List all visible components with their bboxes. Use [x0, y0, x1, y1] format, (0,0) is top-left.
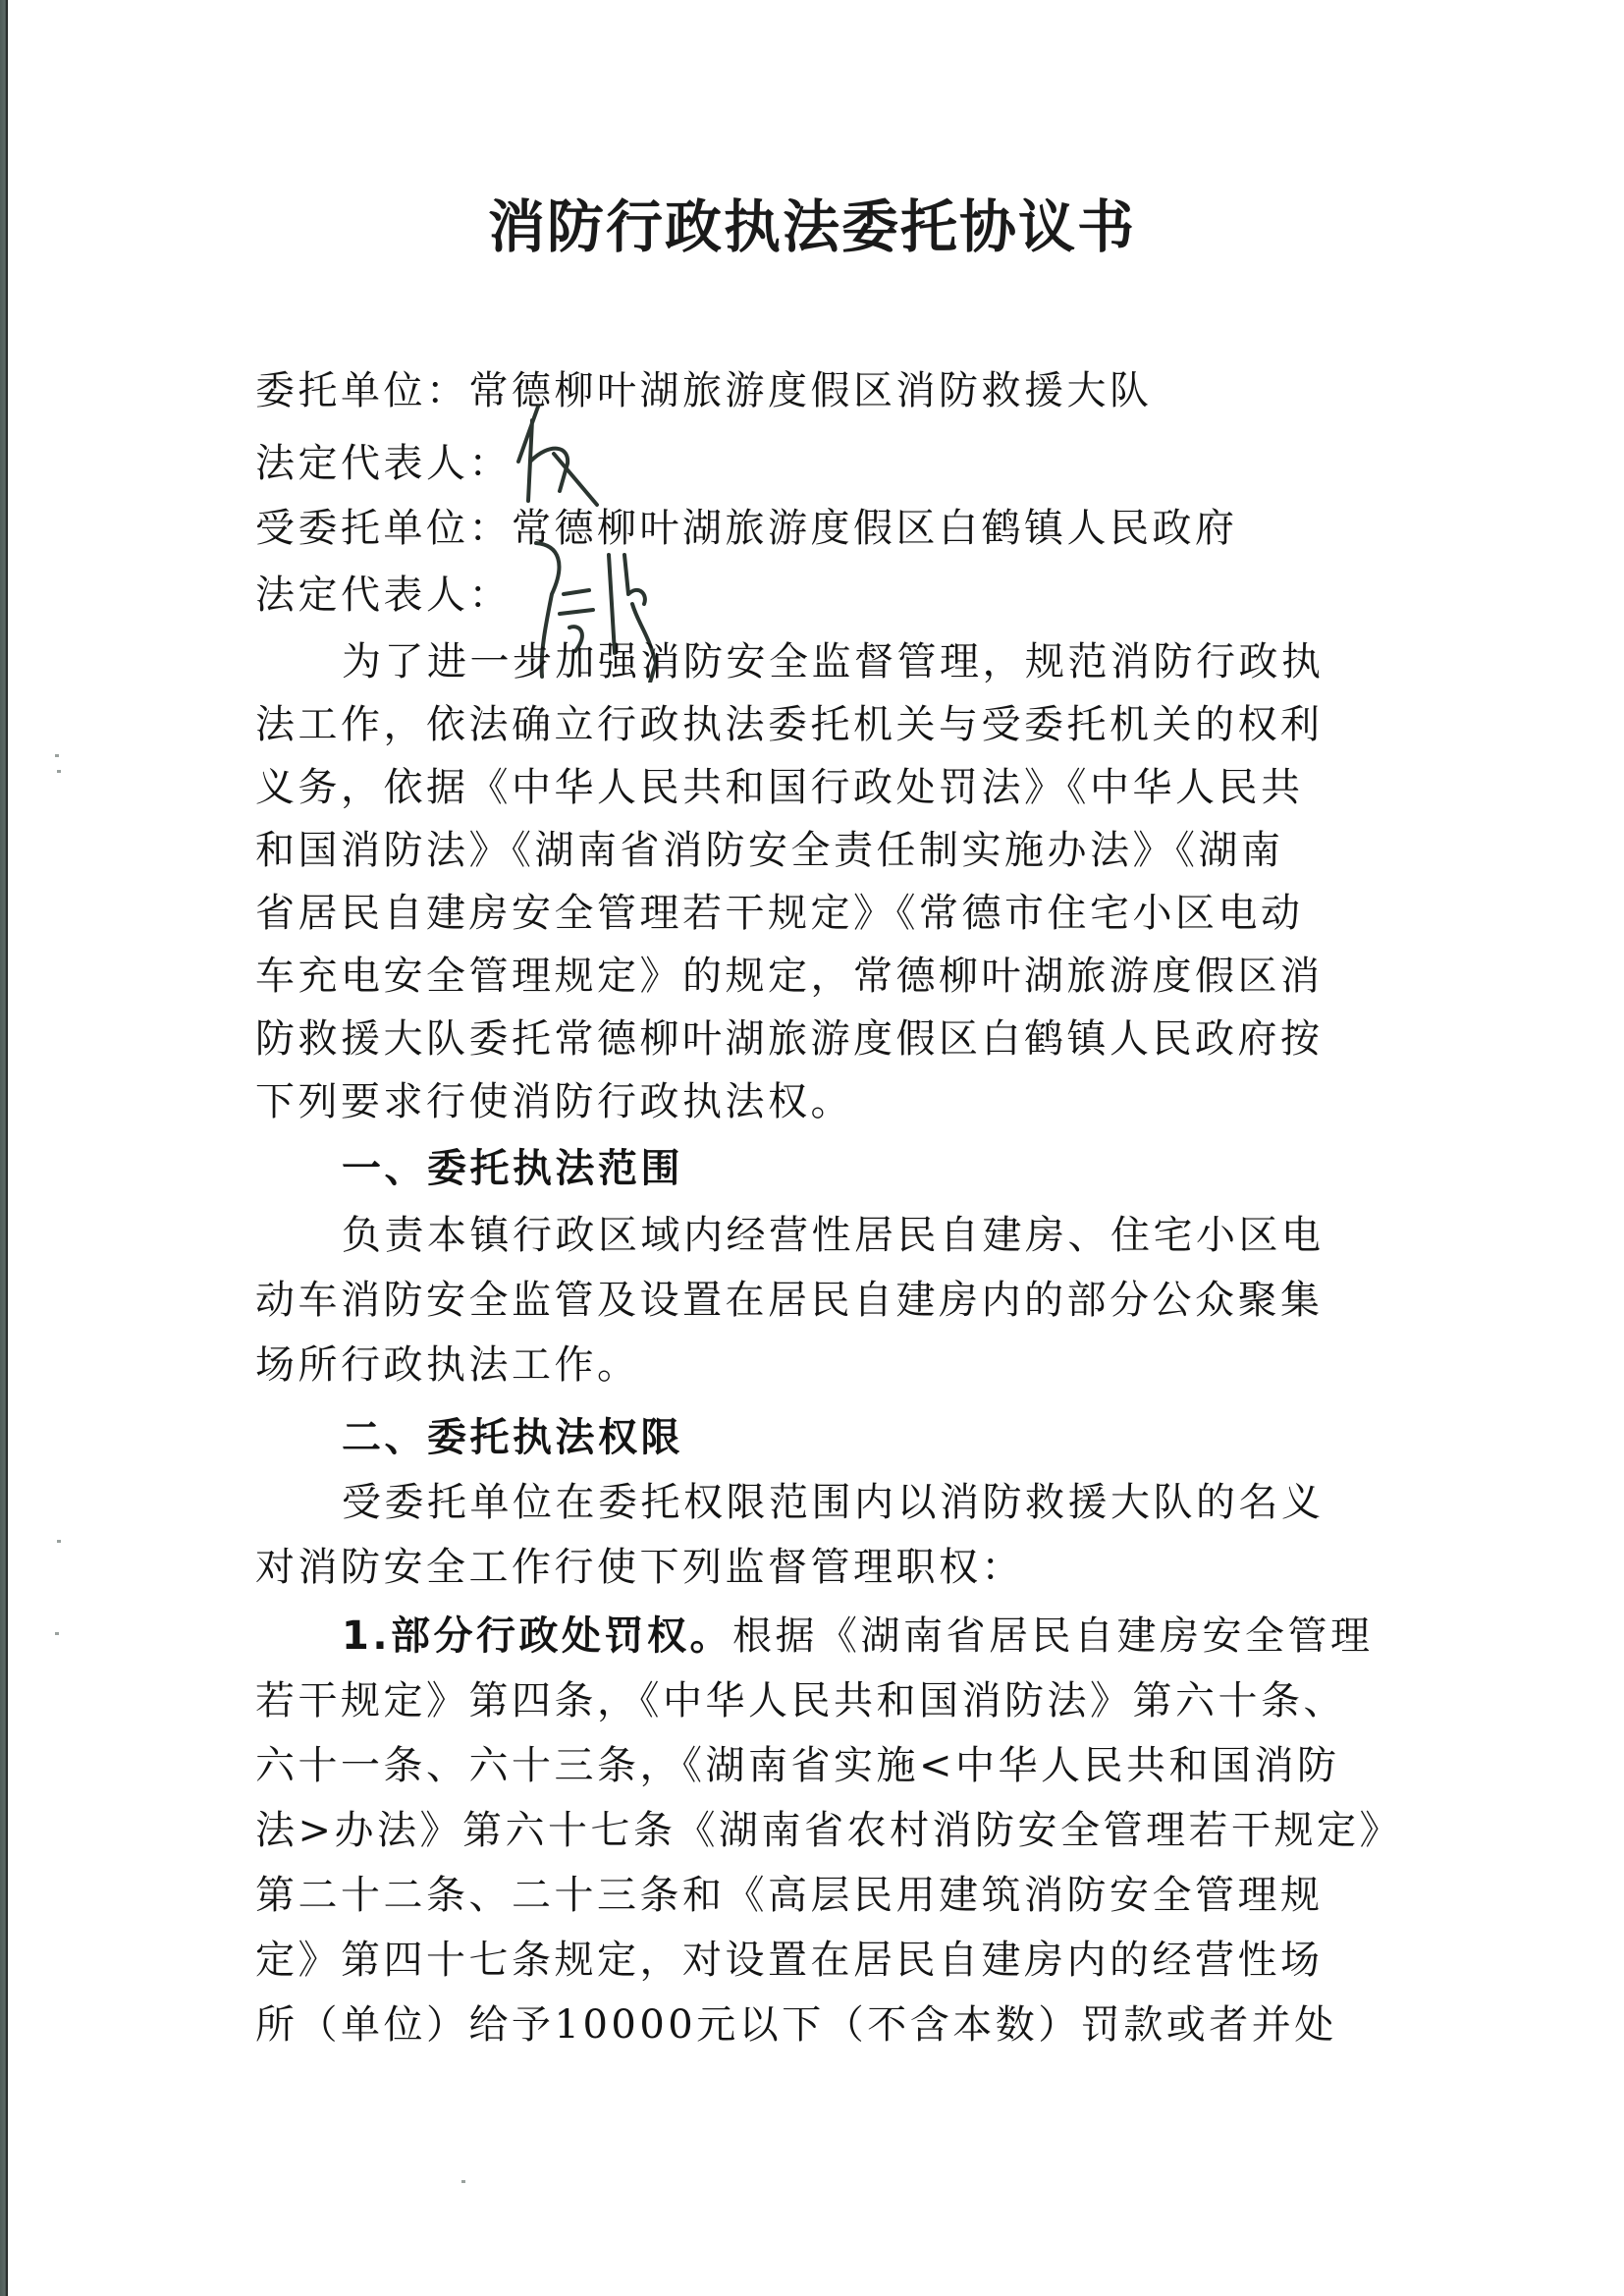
document-title: 消防行政执法委托协议书 [0, 192, 1624, 261]
agent-rep-label: 法定代表人： [255, 570, 512, 621]
scan-speck [57, 1540, 61, 1543]
body-line-1: 为了进一步加强消防安全监督管理，规范消防行政执 [342, 636, 1325, 687]
scan-edge [0, 0, 8, 2296]
item-line-6: 定》第四十七条规定，对设置在居民自建房内的经营性场 [255, 1935, 1324, 1986]
scope-line-2: 动车消防安全监管及设置在居民自建房内的部分公众聚集 [255, 1275, 1324, 1326]
item-line-2: 若干规定》第四条，《中华人民共和国消防法》第六十条、 [255, 1675, 1346, 1726]
body-line-2: 法工作，依法确立行政执法委托机关与受委托机关的权利 [255, 699, 1324, 750]
scope-line-1: 负责本镇行政区域内经营性居民自建房、住宅小区电 [342, 1210, 1325, 1261]
scan-speck [57, 770, 61, 773]
scope-line-3: 场所行政执法工作。 [255, 1339, 640, 1391]
principal-rep-label: 法定代表人： [255, 438, 512, 489]
body-line-6: 车充电安全管理规定》的规定，常德柳叶湖旅游度假区消 [255, 951, 1324, 1002]
scan-speck [461, 2180, 465, 2183]
body-line-3: 义务，依据《中华人民共和国行政处罚法》《中华人民共 [255, 762, 1304, 813]
item-line-7: 所（单位）给予10000元以下（不含本数）罚款或者并处 [255, 1999, 1337, 2050]
item-1-text: 根据《湖南省居民自建房安全管理 [732, 1613, 1374, 1659]
scan-speck [55, 754, 59, 757]
principal-label: 委托单位： [255, 368, 469, 413]
body-line-8: 下列要求行使消防行政执法权。 [255, 1076, 853, 1127]
principal-line: 委托单位：常德柳叶湖旅游度假区消防救援大队 [255, 365, 1153, 416]
authority-line-2: 对消防安全工作行使下列监督管理职权： [255, 1542, 1024, 1593]
agent-label: 受委托单位： [255, 506, 512, 551]
body-line-7: 防救援大队委托常德柳叶湖旅游度假区白鹤镇人民政府按 [255, 1013, 1324, 1065]
section-heading-scope: 一、委托执法范围 [342, 1143, 683, 1194]
scan-speck [55, 1632, 59, 1635]
section-heading-authority: 二、委托执法权限 [342, 1412, 683, 1463]
body-line-5: 省居民自建房安全管理若干规定》《常德市住宅小区电动 [255, 888, 1304, 939]
agent-line: 受委托单位：常德柳叶湖旅游度假区白鹤镇人民政府 [255, 503, 1238, 554]
item-line-5: 第二十二条、二十三条和《高层民用建筑消防安全管理规 [255, 1870, 1324, 1921]
item-line-4: 法>办法》第六十七条《湖南省农村消防安全管理若干规定》 [255, 1805, 1402, 1856]
item-line-3: 六十一条、六十三条，《湖南省实施<中华人民共和国消防 [255, 1740, 1340, 1791]
signature-principal-rep [511, 403, 619, 511]
body-line-4: 和国消防法》《湖南省消防安全责任制实施办法》《湖南 [255, 825, 1284, 876]
authority-line-1: 受委托单位在委托权限范围内以消防救援大队的名义 [342, 1477, 1325, 1528]
item-1-heading: 1.部分行政处罚权。 [342, 1613, 732, 1659]
authority-item-1: 1.部分行政处罚权。根据《湖南省居民自建房安全管理 [342, 1611, 1374, 1662]
